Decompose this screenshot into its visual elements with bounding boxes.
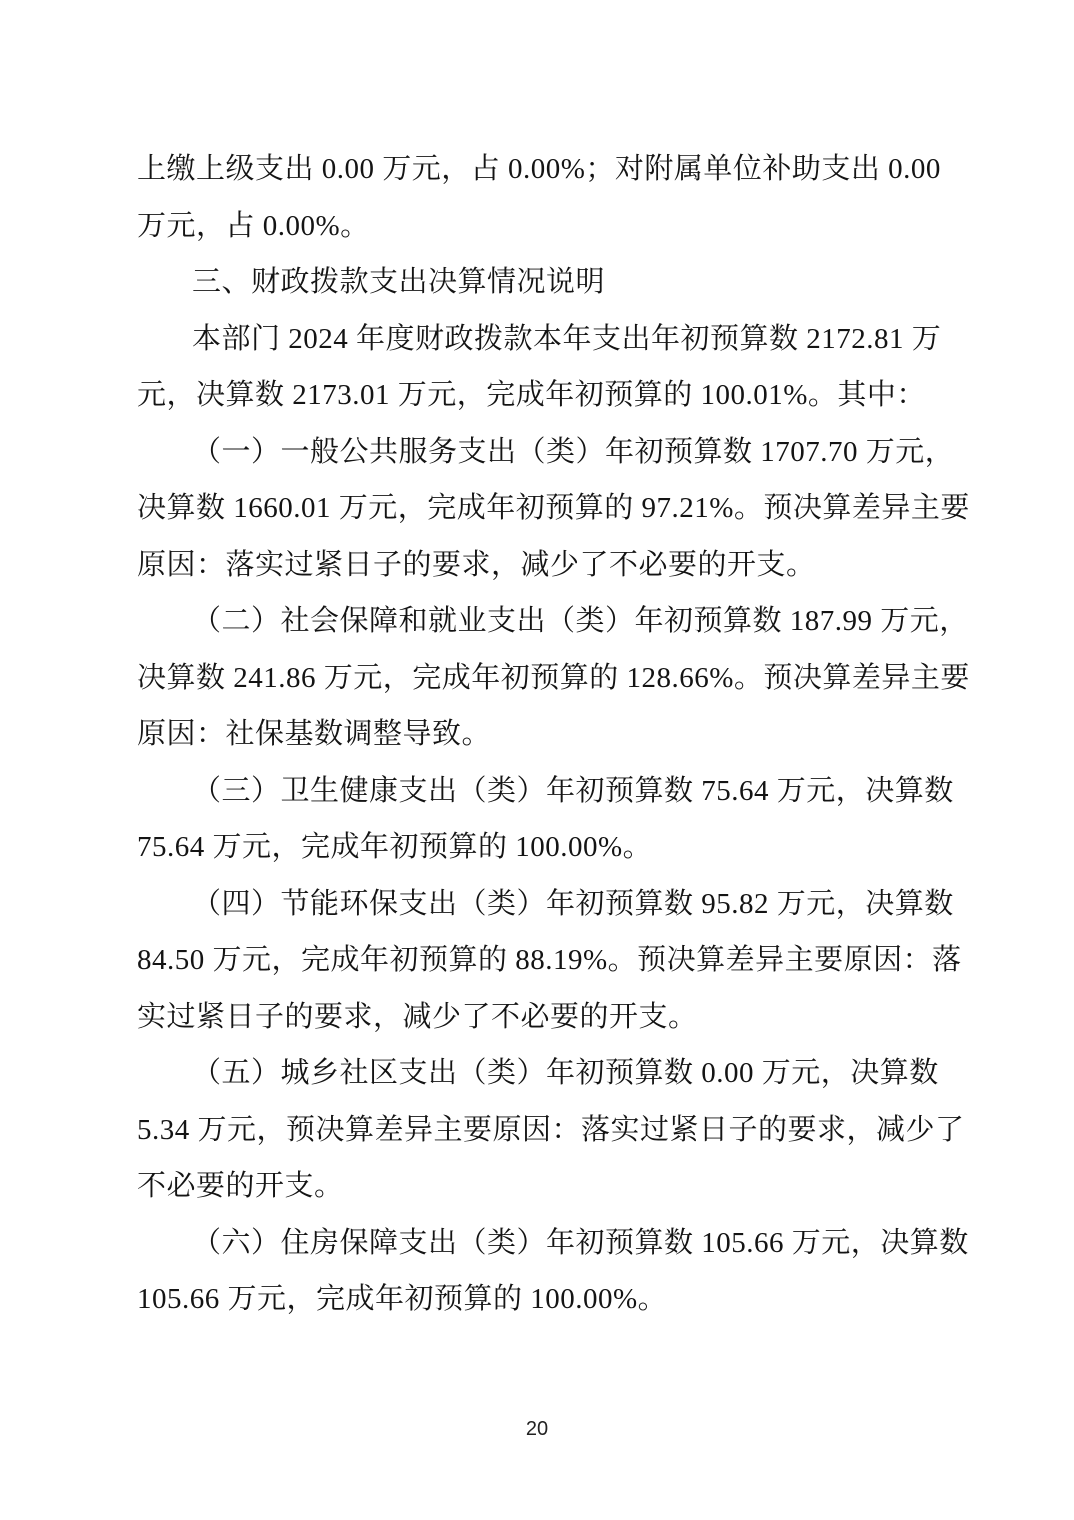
text-line: 不必要的开支。 xyxy=(137,1158,937,1215)
page-footer: 20 xyxy=(0,1418,1074,1441)
text-line: 原因：落实过紧日子的要求，减少了不必要的开支。 xyxy=(137,537,937,594)
text-line: （四）节能环保支出（类）年初预算数 95.82 万元，决算数 xyxy=(137,876,937,933)
text-line: 75.64 万元，完成年初预算的 100.00%。 xyxy=(137,819,937,876)
document-page: 上缴上级支出 0.00 万元，占 0.00%；对附属单位补助支出 0.00 万元… xyxy=(0,0,1074,1520)
text-line: （五）城乡社区支出（类）年初预算数 0.00 万元，决算数 xyxy=(137,1045,937,1102)
text-line: 105.66 万元，完成年初预算的 100.00%。 xyxy=(137,1271,937,1328)
text-line: 实过紧日子的要求，减少了不必要的开支。 xyxy=(137,989,937,1046)
page-number: 20 xyxy=(526,1418,548,1440)
text-line: 84.50 万元，完成年初预算的 88.19%。预决算差异主要原因：落 xyxy=(137,932,937,989)
text-line: 万元，占 0.00%。 xyxy=(137,198,937,255)
text-line: 元，决算数 2173.01 万元，完成年初预算的 100.01%。其中： xyxy=(137,367,937,424)
text-line: 上缴上级支出 0.00 万元，占 0.00%；对附属单位补助支出 0.00 xyxy=(137,141,937,198)
text-line: 5.34 万元，预决算差异主要原因：落实过紧日子的要求，减少了 xyxy=(137,1102,937,1159)
text-line: （二）社会保障和就业支出（类）年初预算数 187.99 万元， xyxy=(137,593,937,650)
text-line: 本部门 2024 年度财政拨款本年支出年初预算数 2172.81 万 xyxy=(137,311,937,368)
text-line: 决算数 1660.01 万元，完成年初预算的 97.21%。预决算差异主要 xyxy=(137,480,937,537)
text-line: 原因：社保基数调整导致。 xyxy=(137,706,937,763)
document-body: 上缴上级支出 0.00 万元，占 0.00%；对附属单位补助支出 0.00 万元… xyxy=(137,141,937,1328)
text-line: （一）一般公共服务支出（类）年初预算数 1707.70 万元， xyxy=(137,424,937,481)
text-line: （六）住房保障支出（类）年初预算数 105.66 万元，决算数 xyxy=(137,1215,937,1272)
text-line: 决算数 241.86 万元，完成年初预算的 128.66%。预决算差异主要 xyxy=(137,650,937,707)
section-heading: 三、财政拨款支出决算情况说明 xyxy=(137,254,937,311)
text-line: （三）卫生健康支出（类）年初预算数 75.64 万元，决算数 xyxy=(137,763,937,820)
